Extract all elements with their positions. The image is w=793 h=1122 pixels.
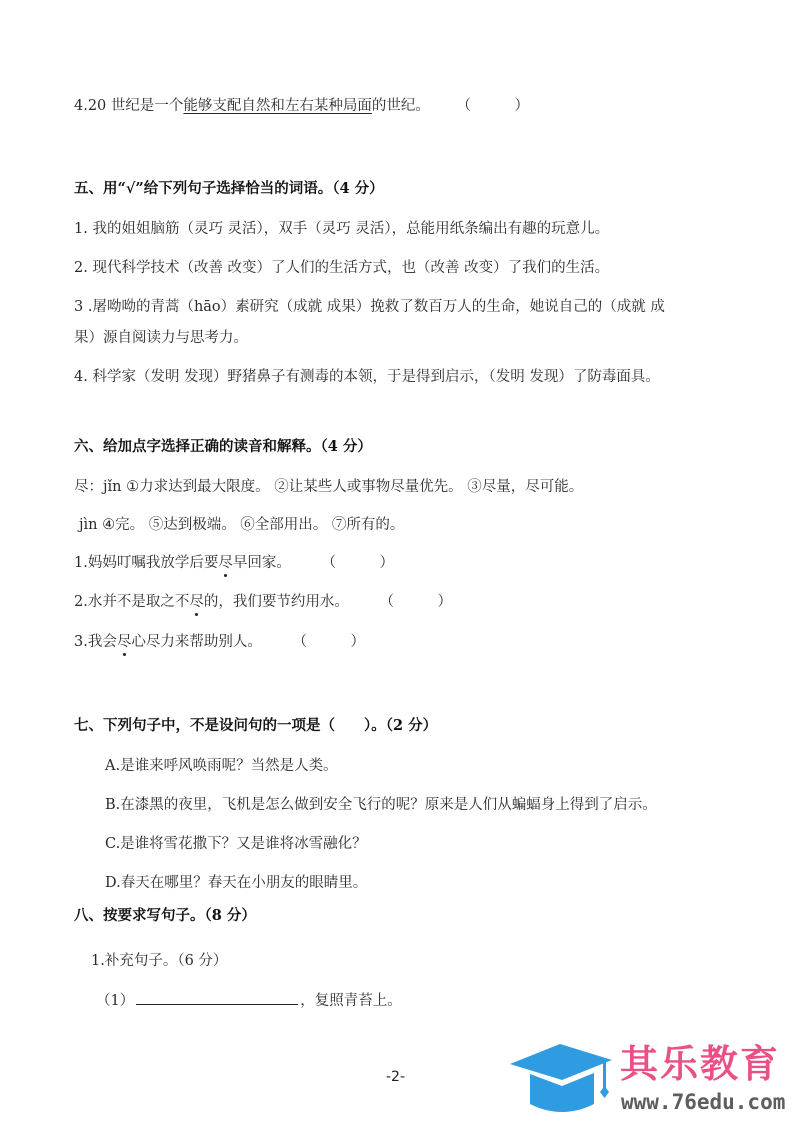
dotted-char: 尽 [189, 592, 204, 612]
section8-heading: 八、按要求写句子。（8 分） [74, 906, 256, 926]
answer-blank[interactable]: （ ） [292, 632, 365, 652]
page-number: -2- [386, 1069, 405, 1085]
item-suffix: 的世纪。 [372, 98, 430, 114]
section6-definitions-line1: 尽：jǐn ①力求达到最大限度。 ②让某些人或事物尽量优先。 ③尽量，尽可能。 [74, 477, 583, 497]
section8-sub1-item1: （1），复照青苔上。 [96, 990, 402, 1011]
section5-item-3: 3 .屠呦呦的青蒿（hāo）素研究（成就 成果）挽救了数百万人的生命，她说自己的… [74, 297, 665, 317]
section7-option-b[interactable]: B.在漆黑的夜里，飞机是怎么做到安全飞行的呢？原来是人们从蝙蝠身上得到了启示。 [105, 795, 657, 815]
graduation-cap-icon [508, 1040, 618, 1118]
section7-option-a[interactable]: A.是谁来呼风唤雨呢？当然是人类。 [105, 756, 338, 776]
brand-name: 其乐教育 [620, 1042, 780, 1086]
brand-url: www.76edu.com [621, 1090, 785, 1114]
section5-item-3-cont: 果）源自阅读力与思考力。 [74, 328, 248, 348]
item-text-before: 2.水并不是取之不 [74, 594, 189, 610]
item-text-after: 的，我们要节约用水。 [204, 594, 349, 610]
underlined-phrase: 能够支配自然和左右某种局面 [183, 98, 372, 114]
section6-item-2: 2.水并不是取之不尽的，我们要节约用水。 （ ） [74, 592, 452, 612]
section6-item-3: 3.我会尽心尽力来帮助别人。 （ ） [74, 632, 365, 652]
section7-option-d[interactable]: D.春天在哪里？春天在小朋友的眼睛里。 [105, 873, 367, 893]
section5-item-1: 1. 我的姐姐脑筋（灵巧 灵活），双手（灵巧 灵活），总能用纸条编出有趣的玩意儿… [74, 219, 609, 239]
item-prefix: 4.20 世纪是一个 [74, 98, 183, 114]
section5-item-2: 2. 现代科学技术（改善 改变）了人们的生活方式，也（改善 改变）了我们的生活。 [74, 258, 609, 278]
section5-item-4: 4. 科学家（发明 发现）野猪鼻子有测毒的本领，于是得到启示，（发明 发现）了防… [74, 367, 660, 387]
section7-heading: 七、下列句子中，不是设问句的一项是（ ）。（2 分） [74, 716, 437, 736]
answer-blank[interactable]: （ ） [457, 96, 530, 116]
watermark-logo: 其乐教育 www.76edu.com [508, 1040, 788, 1118]
item-suffix: ，复照青苔上。 [300, 993, 402, 1009]
section5-heading: 五、用“√”给下列句子选择恰当的词语。（4 分） [74, 179, 384, 199]
section6-heading: 六、给加点字选择正确的读音和解释。（4 分） [74, 437, 372, 457]
dotted-char: 尽 [117, 632, 132, 652]
item-label: （1） [96, 993, 134, 1009]
answer-blank[interactable]: （ ） [379, 592, 452, 612]
section8-sub1: 1.补充句子。（6 分） [91, 951, 227, 971]
fill-in-blank[interactable] [136, 990, 298, 1005]
item-text-after: 早回家。 [233, 555, 291, 571]
section7-option-c[interactable]: C.是谁将雪花撒下？又是谁将冰雪融化？ [105, 834, 367, 854]
answer-blank[interactable]: （ ） [321, 553, 394, 573]
item-text-after: 心尽力来帮助别人。 [131, 634, 262, 650]
item-text-before: 3.我会 [74, 634, 117, 650]
section6-item-1: 1.妈妈叮嘱我放学后要尽早回家。 （ ） [74, 553, 394, 573]
section6-definitions-line2: jìn ④完。 ⑤达到极端。 ⑥全部用出。 ⑦所有的。 [79, 515, 404, 535]
section4-item4: 4.20 世纪是一个能够支配自然和左右某种局面的世纪。 （ ） [74, 96, 529, 116]
item-text-before: 1.妈妈叮嘱我放学后要 [74, 555, 218, 571]
dotted-char: 尽 [218, 553, 233, 573]
